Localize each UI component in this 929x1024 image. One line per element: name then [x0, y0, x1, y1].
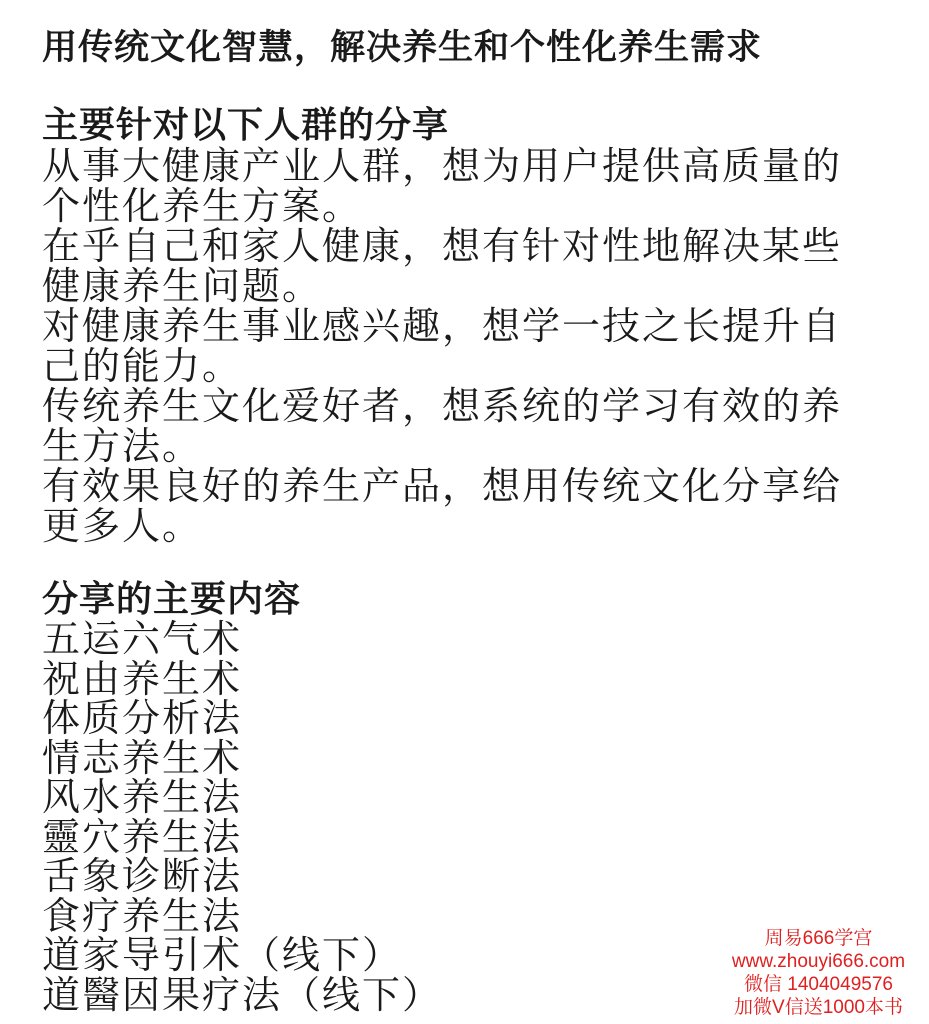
watermark: 周易666学宫 www.zhouyi666.com 微信 1404049576 …	[716, 927, 921, 1019]
audience-line: 己的能力。	[42, 346, 842, 386]
content-item: 祝由养生术	[42, 660, 442, 700]
content-item: 体质分析法	[42, 699, 442, 739]
audience-line: 健康养生问题。	[42, 266, 842, 306]
content-item: 情志养生术	[42, 739, 442, 779]
page-title: 用传统文化智慧，解决养生和个性化养生需求	[42, 20, 762, 70]
audience-line: 有效果良好的养生产品，想用传统文化分享给	[42, 466, 842, 506]
audience-line: 个性化养生方案。	[42, 186, 842, 226]
content-item: 食疗养生法	[42, 897, 442, 937]
audience-line: 传统养生文化爱好者，想系统的学习有效的养	[42, 386, 842, 426]
audience-heading: 主要针对以下人群的分享	[42, 106, 842, 146]
content-item: 五运六气术	[42, 620, 442, 660]
audience-line: 在乎自己和家人健康，想有针对性地解决某些	[42, 226, 842, 266]
watermark-url: www.zhouyi666.com	[716, 950, 921, 973]
audience-line: 从事大健康产业人群，想为用户提供高质量的	[42, 146, 842, 186]
content-item: 风水养生法	[42, 778, 442, 818]
watermark-brand: 周易666学宫	[716, 927, 921, 950]
watermark-promo: 加微V信送1000本书	[716, 996, 921, 1019]
content-item: 靈穴养生法	[42, 818, 442, 858]
content-item: 舌象诊断法	[42, 857, 442, 897]
content-heading: 分享的主要内容	[42, 580, 442, 620]
audience-line: 更多人。	[42, 506, 842, 546]
content-item: 道醫因果疗法（线下）	[42, 976, 442, 1016]
audience-line: 对健康养生事业感兴趣，想学一技之长提升自	[42, 306, 842, 346]
watermark-wechat: 微信 1404049576	[716, 973, 921, 996]
content-item: 道家导引术（线下）	[42, 936, 442, 976]
audience-line: 生方法。	[42, 426, 842, 466]
audience-section: 主要针对以下人群的分享 从事大健康产业人群，想为用户提供高质量的 个性化养生方案…	[42, 106, 842, 546]
content-section: 分享的主要内容 五运六气术 祝由养生术 体质分析法 情志养生术 风水养生法 靈穴…	[42, 580, 442, 1015]
